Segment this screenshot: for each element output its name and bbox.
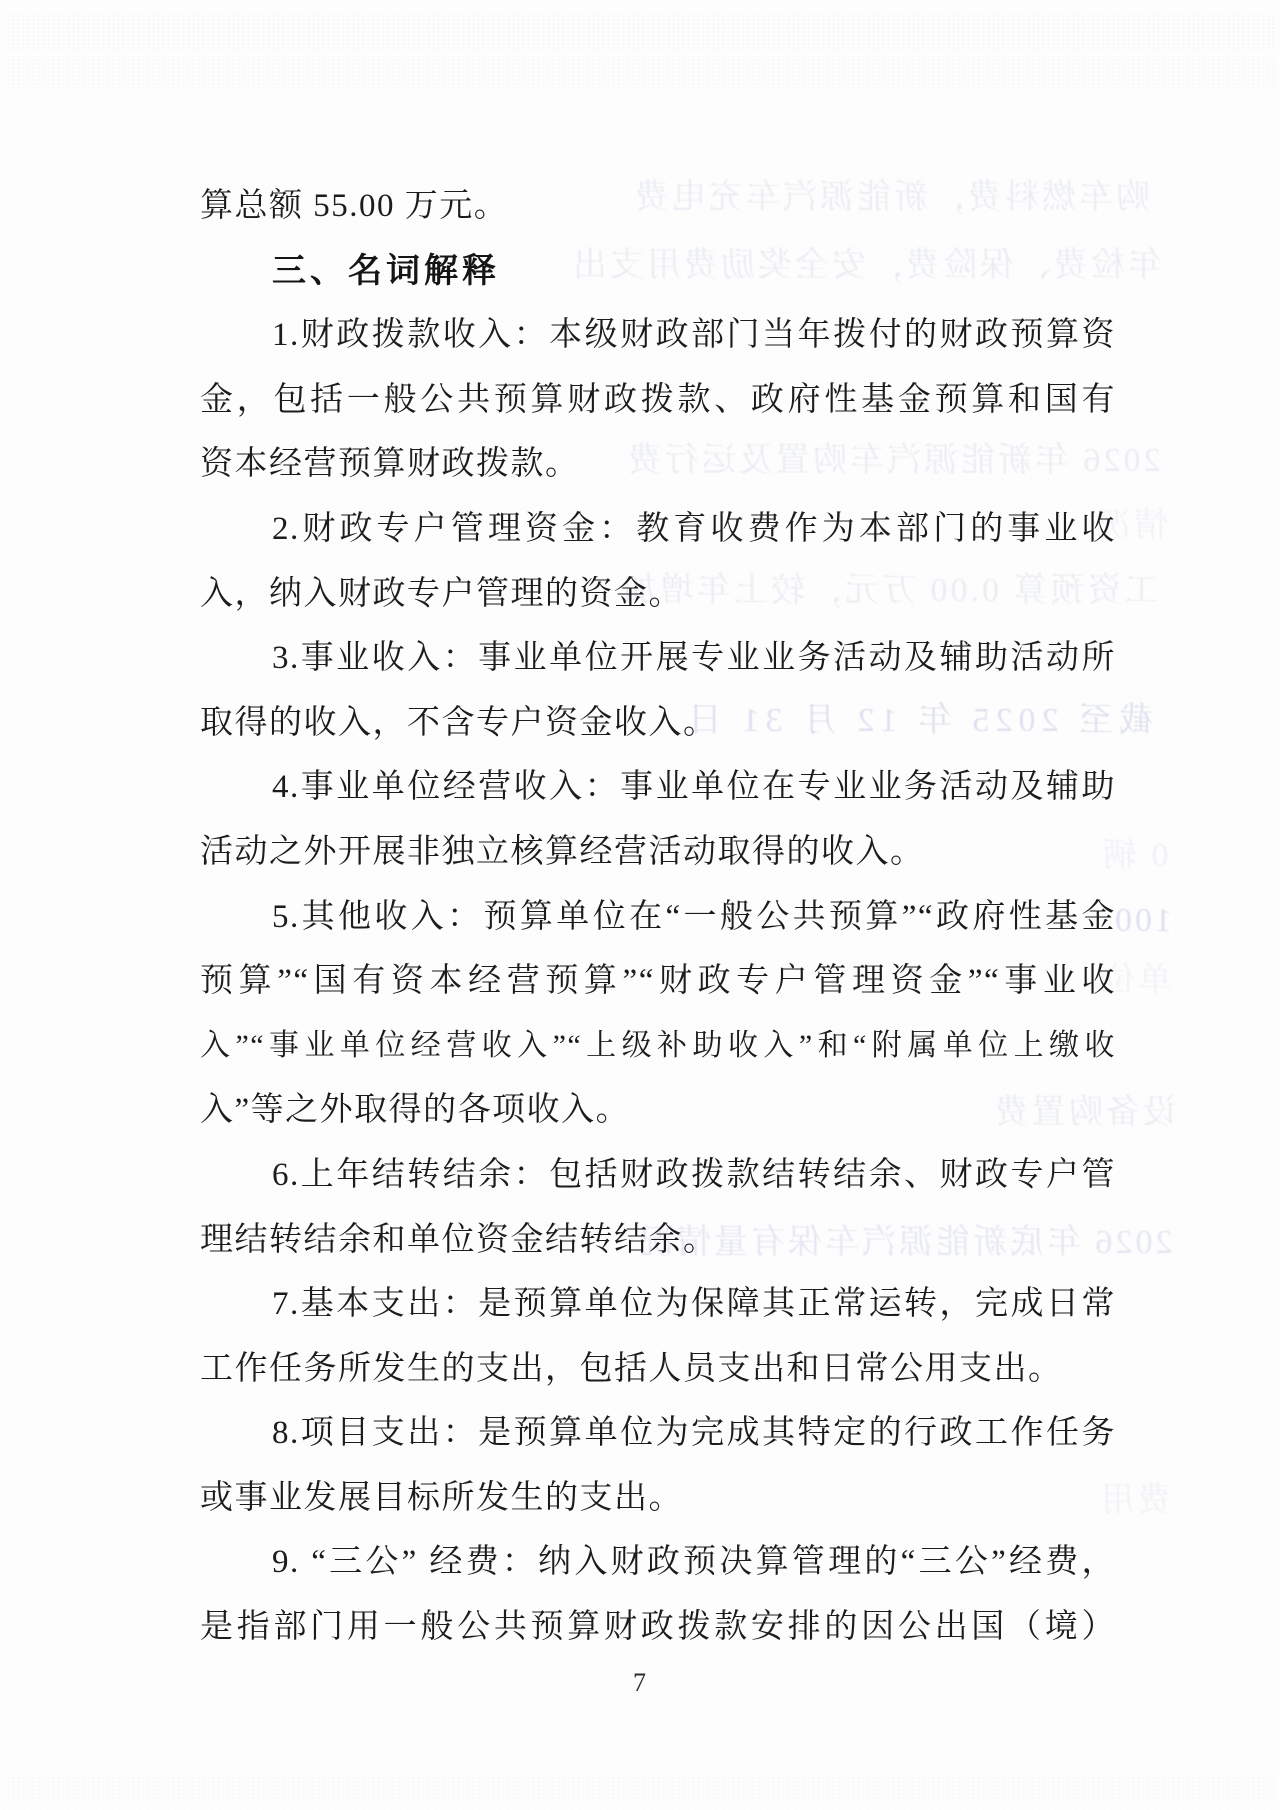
text-line: 活动之外开展非独立核算经营活动取得的收入。 xyxy=(200,820,1116,885)
scan-noise-band xyxy=(6,1776,1274,1802)
bleedthrough-text: 100 xyxy=(1112,901,1172,941)
text-line: 资本经营预算财政拨款。 xyxy=(200,432,1116,497)
text-line: 金，包括一般公共预算财政拨款、政府性基金预算和国有 xyxy=(200,368,1116,433)
text-line: 取得的收入，不含专户资金收入。 xyxy=(200,691,1116,756)
text-line: 6.上年结转结余：包括财政拨款结转结余、财政专户管 xyxy=(200,1143,1116,1208)
text-line: 3.事业收入：事业单位开展专业业务活动及辅助活动所 xyxy=(200,626,1116,691)
text-line: 2.财政专户管理资金：教育收费作为本部门的事业收 xyxy=(200,497,1116,562)
text-line: 1.财政拨款收入：本级财政部门当年拨付的财政预算资 xyxy=(200,303,1116,368)
text-line: 7.基本支出：是预算单位为保障其正常运转，完成日常 xyxy=(200,1272,1116,1337)
document-page: 购车燃料费，新能源汽车充电费 年检费、保险费，安全奖励费用支出 2026 年新能… xyxy=(0,0,1280,1810)
document-text-block: 算总额 55.00 万元。 三、名词解释 1.财政拨款收入：本级财政部门当年拨付… xyxy=(200,174,1116,1660)
text-line: 算总额 55.00 万元。 xyxy=(200,174,1116,239)
text-line: 是指部门用一般公共预算财政拨款安排的因公出国（境） xyxy=(200,1595,1116,1660)
text-line: 理结转结余和单位资金结转结余。 xyxy=(200,1208,1116,1273)
scan-noise-band xyxy=(6,58,1274,86)
page-number: 7 xyxy=(0,1668,1280,1698)
text-line: 4.事业单位经营收入：事业单位在专业业务活动及辅助 xyxy=(200,755,1116,820)
text-line: 入，纳入财政专户管理的资金。 xyxy=(200,562,1116,627)
text-line: 9. “三公” 经费：纳入财政预决算管理的“三公”经费， xyxy=(200,1530,1116,1595)
scan-noise-band xyxy=(6,14,1274,50)
text-line: 或事业发展目标所发生的支出。 xyxy=(200,1466,1116,1531)
text-line: 入”等之外取得的各项收入。 xyxy=(200,1078,1116,1143)
text-line: 工作任务所发生的支出，包括人员支出和日常公用支出。 xyxy=(200,1337,1116,1402)
text-line: 预算”“国有资本经营预算”“财政专户管理资金”“事业收 xyxy=(200,949,1116,1014)
text-line: 8.项目支出：是预算单位为完成其特定的行政工作任务 xyxy=(200,1401,1116,1466)
text-line: 入”“事业单位经营收入”“上级补助收入”和“附属单位上缴收 xyxy=(200,1014,1116,1079)
section-heading: 三、名词解释 xyxy=(200,239,1116,304)
text-line: 5.其他收入：预算单位在“一般公共预算”“政府性基金 xyxy=(200,885,1116,950)
